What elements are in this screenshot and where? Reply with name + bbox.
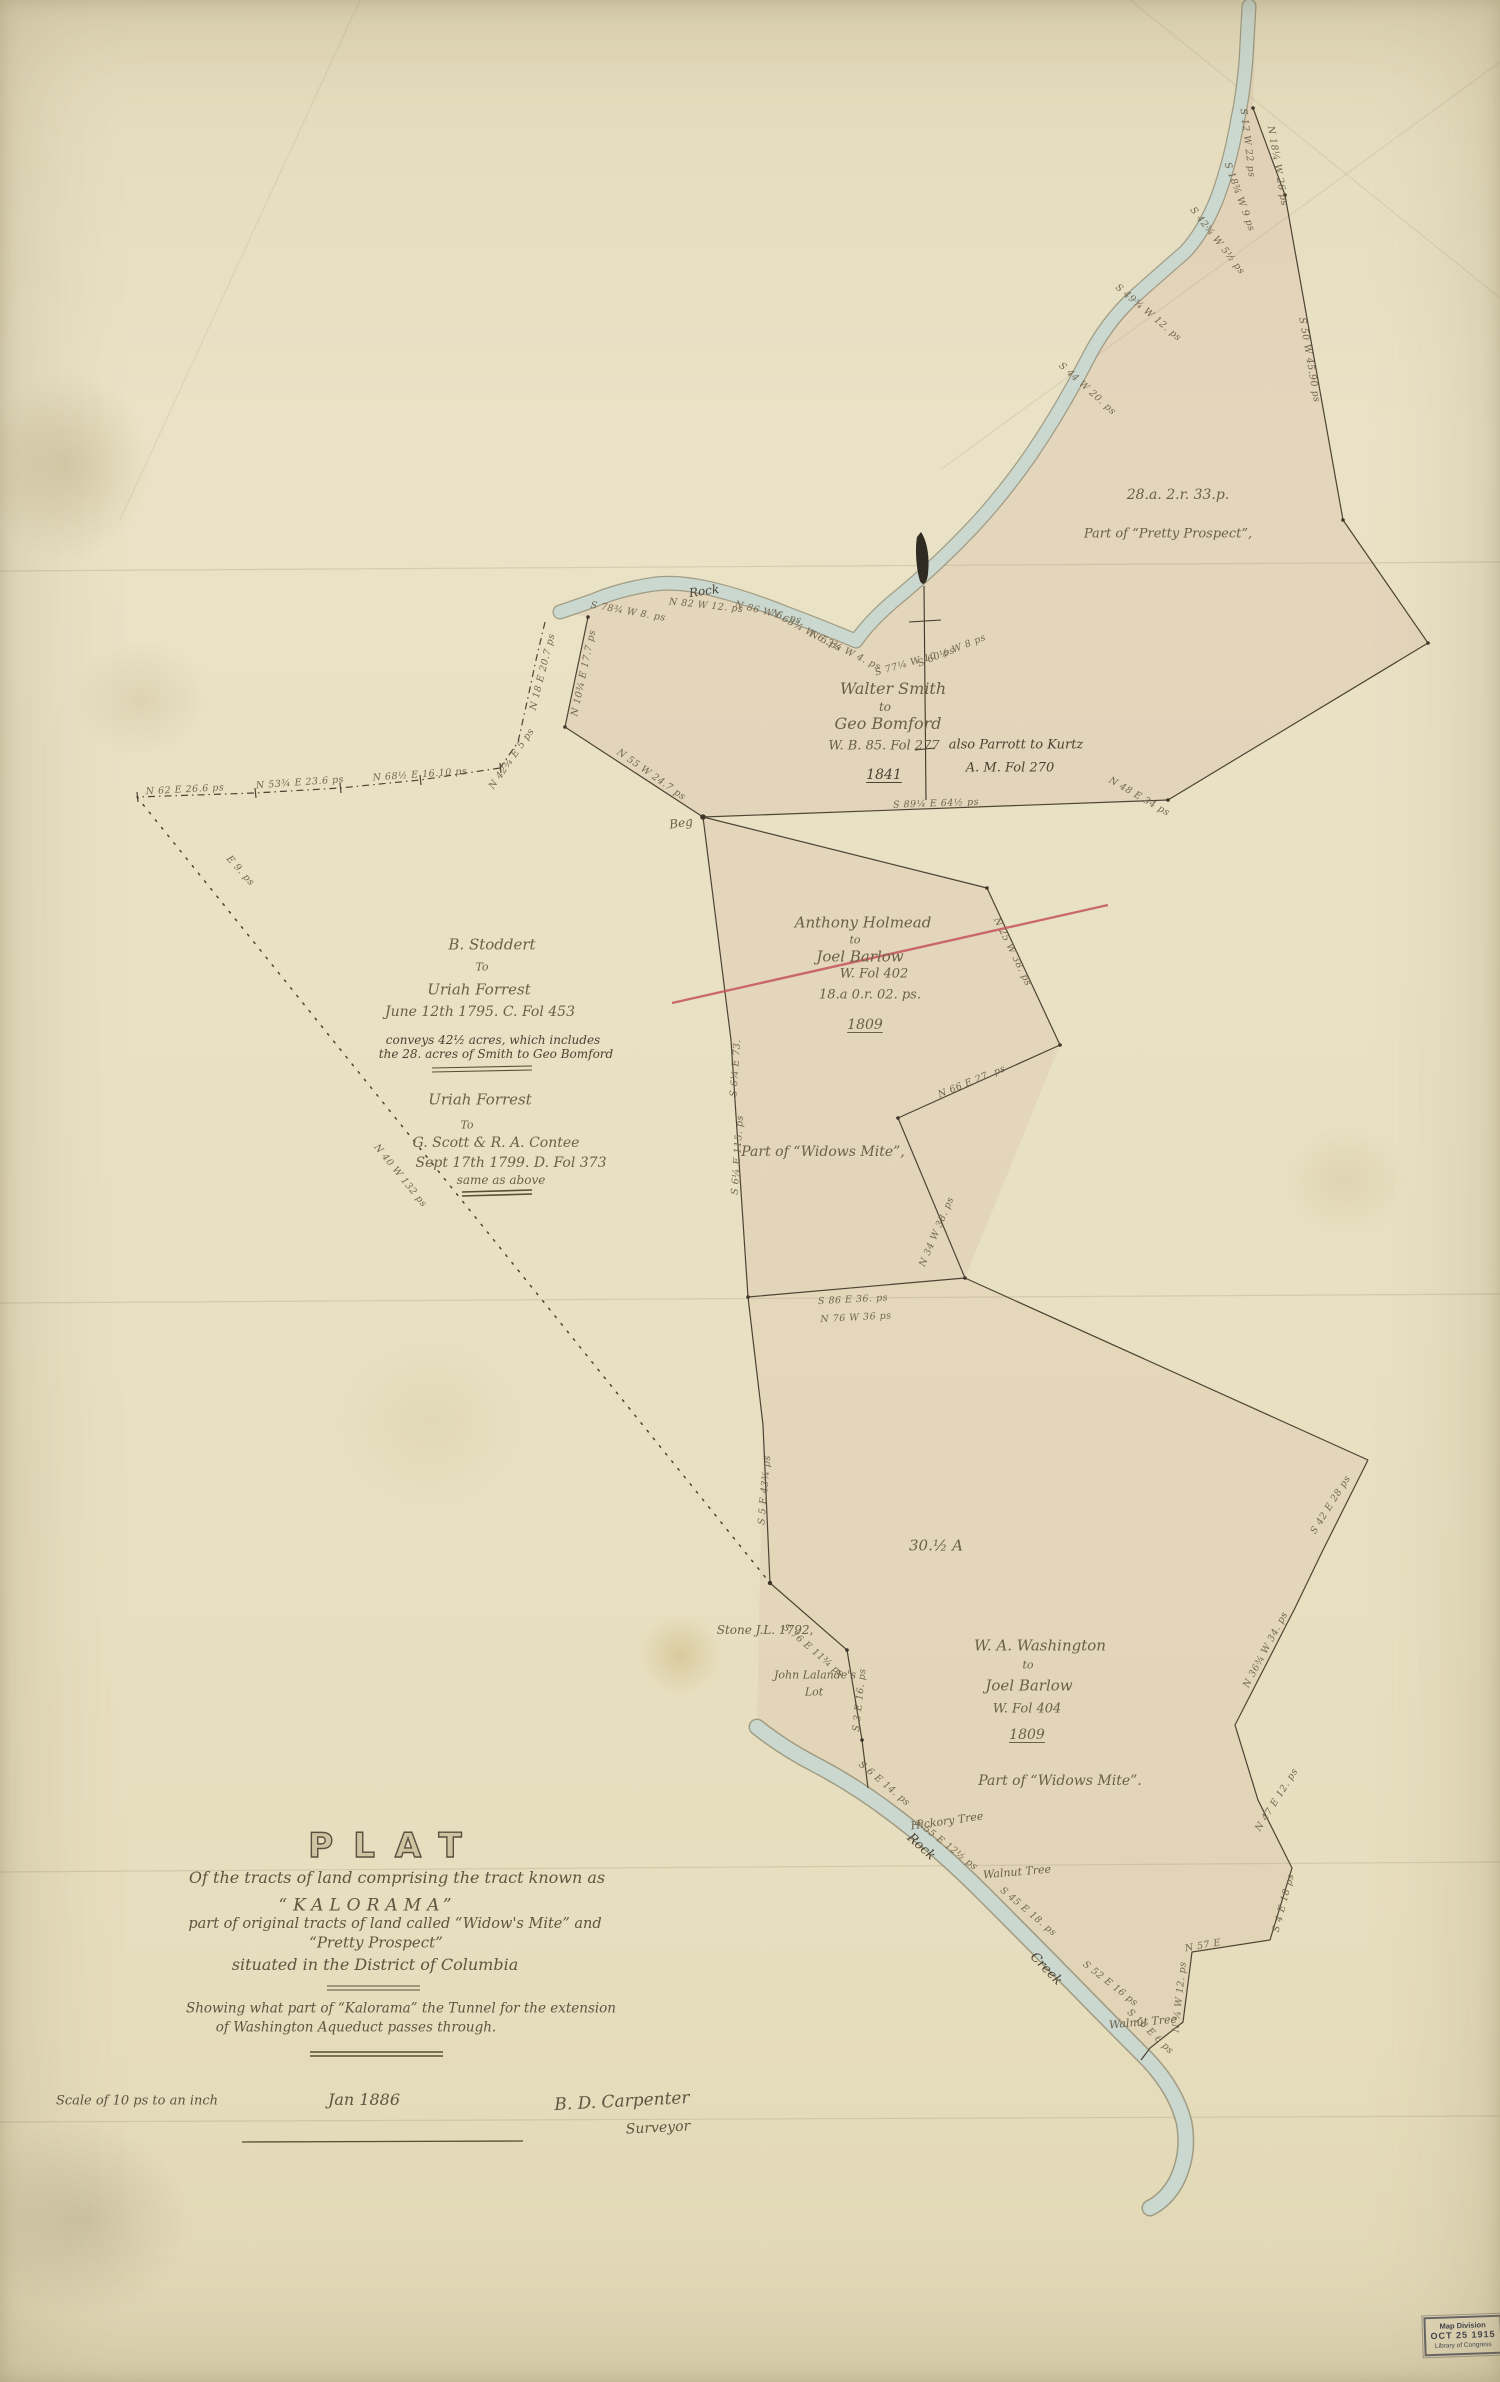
tract-deed-text: Walter Smith	[840, 681, 946, 697]
tract-deed-text: Sept 17th 1799. D. Fol 373	[415, 1156, 606, 1170]
tract-deed-text: W. Fol 402	[840, 968, 909, 981]
tract-deed-text: Joel Barlow	[985, 1679, 1072, 1694]
library-of-congress-stamp: Map Division OCT 25 1915 Library of Cong…	[1423, 2315, 1500, 2356]
tract-deed-text: conveys 42½ acres, which includes	[386, 1034, 600, 1046]
tract-area-label: 30.½ A	[909, 1539, 963, 1554]
tract-deed-text: the 28. acres of Smith to Geo Bomford	[379, 1048, 613, 1060]
date-label: Jan 1886	[328, 2092, 400, 2108]
tract-deed-text: June 12th 1795. C. Fol 453	[385, 1005, 575, 1019]
wash-holmead-tract	[703, 817, 1060, 1297]
tract-deed-text: W. B. 85. Fol 277	[828, 740, 939, 753]
tract-deed-text: W. A. Washington	[974, 1639, 1106, 1654]
title-line: part of original tracts of land called “…	[188, 1917, 601, 1932]
lot-label: Lot	[805, 1687, 823, 1698]
dotted-diagonal-line	[137, 797, 770, 1583]
tract-deed-text: also Parrott to Kurtz	[949, 739, 1084, 752]
tract-deed-year: 1809	[1009, 1728, 1045, 1742]
title-line: Showing what part of “Kalorama” the Tunn…	[186, 2002, 616, 2016]
title-dividers	[242, 1066, 532, 2142]
tract-area-label: 28.a. 2.r. 33.p.	[1127, 488, 1230, 502]
tract-area-label: 18.a 0.r. 02. ps.	[819, 989, 921, 1002]
tract-name-label: Part of “Pretty Prospect”,	[1084, 528, 1252, 541]
title-line: of Washington Aqueduct passes through.	[216, 2021, 496, 2035]
tract-deed-text: Uriah Forrest	[428, 1093, 532, 1108]
tract-deed-text: same as above	[457, 1174, 546, 1186]
stamp-line: Library of Congress	[1428, 2340, 1498, 2351]
wash-pretty-prospect-smith	[560, 6, 1428, 817]
tract-deed-text: A. M. Fol 270	[966, 762, 1054, 775]
tract-deed-year: 1809	[847, 1018, 883, 1032]
tract-name-title: “KALORAMA”	[278, 1898, 457, 1915]
tract-deed-text: Geo Bomford	[835, 716, 942, 732]
scale-note: Scale of 10 ps to an inch	[56, 2095, 218, 2108]
surveyor-title: Surveyor	[625, 2119, 690, 2136]
tract-washes	[560, 6, 1428, 2060]
tract-deed-text: Joel Barlow	[816, 950, 903, 965]
tract-deed-text: W. Fol 404	[993, 1703, 1062, 1716]
beg-point	[700, 814, 706, 820]
tract-name-label: Part of “Widows Mite”.	[978, 1774, 1141, 1788]
tract-deed-text: To	[475, 962, 488, 973]
footer-rule	[242, 2141, 523, 2142]
title-line: situated in the District of Columbia	[232, 1957, 518, 1973]
tract-deed-text: G. Scott & R. A. Contee	[413, 1136, 580, 1150]
beg-point-label: Beg	[668, 815, 693, 830]
plat-map-page: Walter SmithtoGeo BomfordW. B. 85. Fol 2…	[0, 0, 1500, 2382]
tract-deed-text: To	[460, 1120, 473, 1131]
tract-deed-text: to	[1022, 1660, 1033, 1671]
title-line: “Pretty Prospect”	[309, 1936, 443, 1951]
plat-heading: PLAT	[308, 1829, 481, 1863]
tract-deed-year: 1841	[866, 768, 902, 782]
tract-name-label: Part of “Widows Mite”,	[741, 1145, 904, 1159]
tract-deed-text: Anthony Holmead	[795, 916, 932, 931]
tract-deed-text: to	[849, 935, 860, 946]
tract-deed-text: B. Stoddert	[448, 938, 535, 953]
title-line: Of the tracts of land comprising the tra…	[189, 1870, 605, 1886]
tract-deed-text: Uriah Forrest	[427, 983, 531, 998]
tract-deed-text: to	[879, 701, 891, 713]
